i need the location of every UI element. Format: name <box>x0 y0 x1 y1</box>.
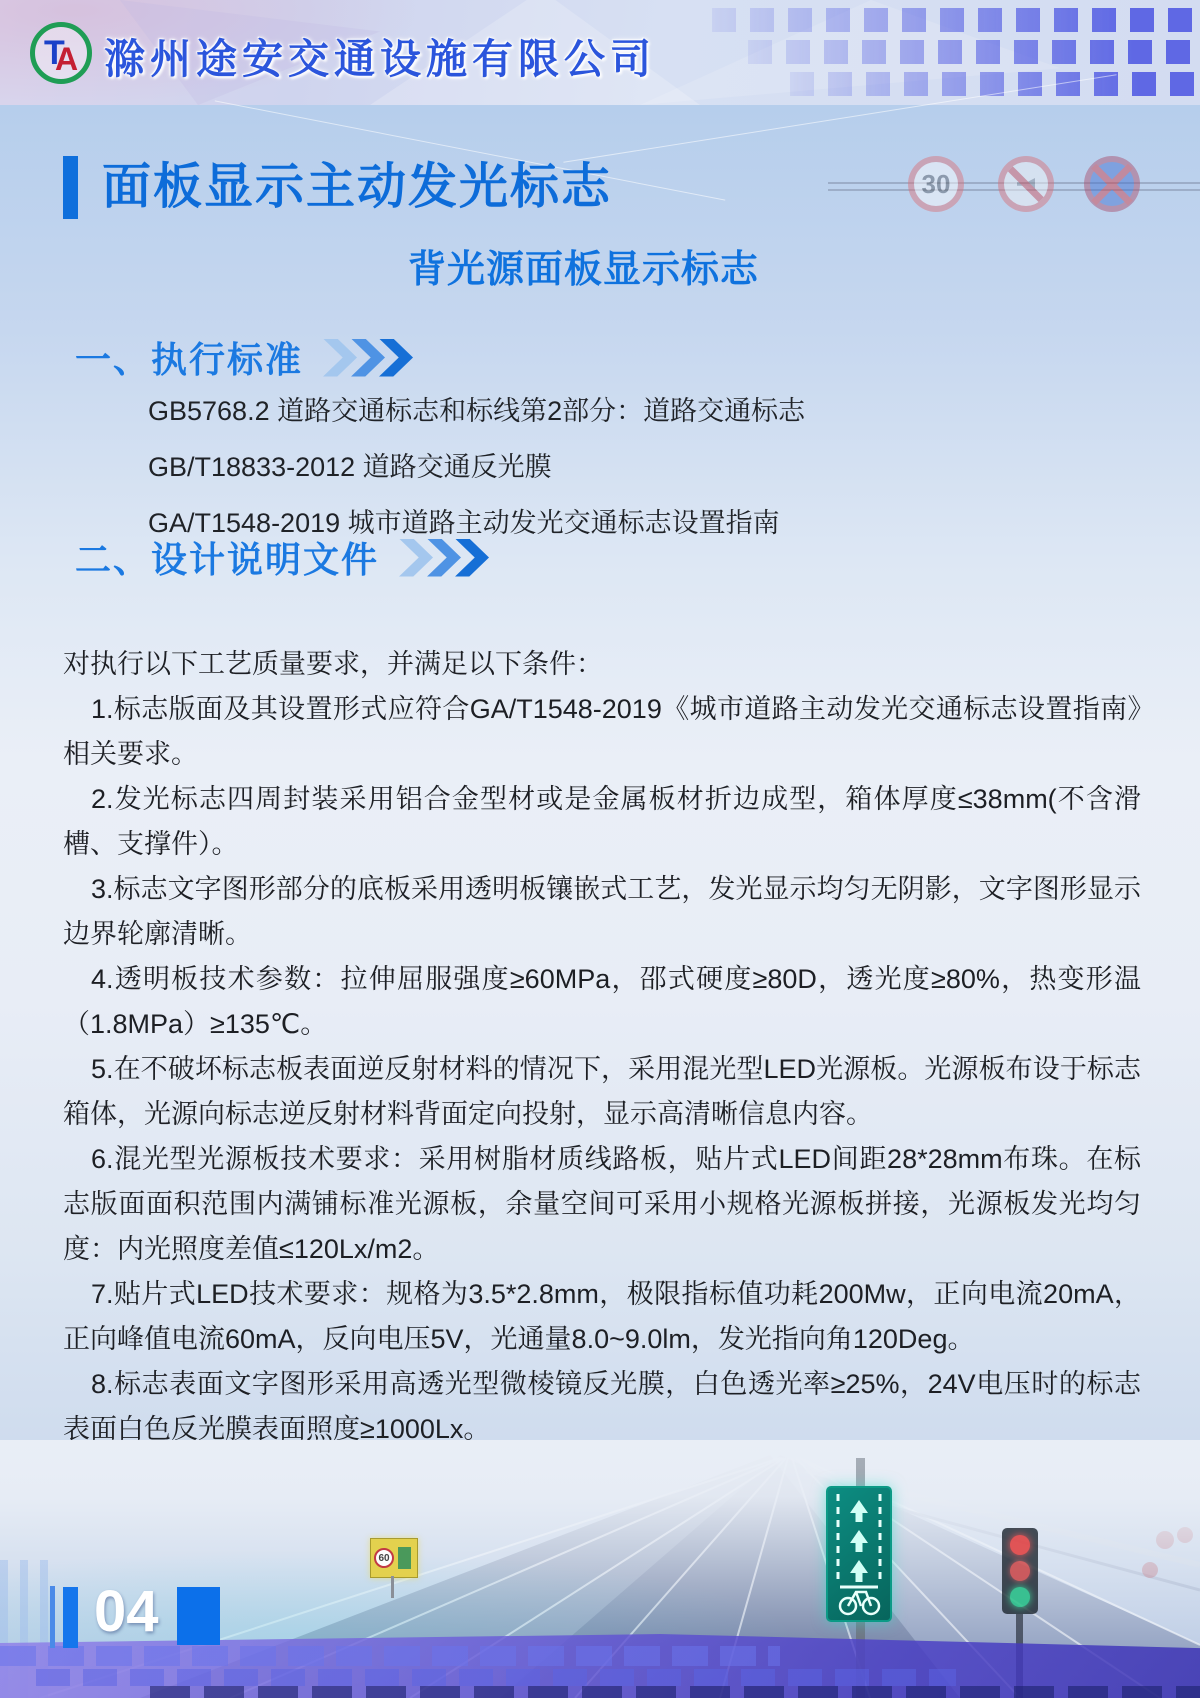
bike-lane-led-sign <box>826 1486 892 1622</box>
red-light <box>1010 1535 1030 1555</box>
traffic-signs-decor: 30 <box>828 150 1200 230</box>
logo-letter-a: A <box>55 41 78 78</box>
chevron-arrows-icon <box>329 339 413 377</box>
company-logo: T A <box>30 22 92 84</box>
bike-lane-sign-graphic <box>828 1488 890 1620</box>
brochure-page: T A 滁州途安交通设施有限公司 面板显示主动发光标志 背光源面板显示标志 30… <box>0 0 1200 1698</box>
no-horn-sign-icon <box>998 156 1054 212</box>
section2-heading-text: 二、设计说明文件 <box>75 532 379 583</box>
chevron-arrows-icon <box>405 539 489 577</box>
body-paragraph: 5.在不破坏标志板表面逆反射材料的情况下，采用混光型LED光源板。光源板布设于标… <box>63 1047 1141 1137</box>
mosaic-squares-row <box>0 1646 780 1666</box>
sign-pole <box>391 1576 394 1598</box>
body-paragraph: 8.标志表面文字图形采用高透光型微棱镜反光膜，白色透光率≥25%，24V电压时的… <box>63 1362 1141 1452</box>
mosaic-squares-row <box>150 1686 1200 1698</box>
pixel-squares-row <box>748 40 1200 64</box>
body-paragraph: 1.标志版面及其设置形式应符合GA/T1548-2019《城市道路主动发光交通标… <box>63 687 1141 777</box>
body-paragraph: 6.混光型光源板技术要求：采用树脂材质线路板，贴片式LED间距28*28mm布珠… <box>63 1137 1141 1272</box>
chevron-icon <box>323 339 357 377</box>
green-light <box>1010 1587 1030 1607</box>
traffic-light <box>1002 1528 1038 1614</box>
section2-heading: 二、设计说明文件 <box>75 532 489 583</box>
company-name: 滁州途安交通设施有限公司 <box>104 26 656 85</box>
page-subtitle: 背光源面板显示标志 <box>408 238 759 293</box>
standards-list: GB5768.2 道路交通标志和标线第2部分：道路交通标志 GB/T18833-… <box>148 383 805 551</box>
body-paragraph: 7.贴片式LED技术要求：规格为3.5*2.8mm，极限指标值功耗200Mw，正… <box>63 1272 1141 1362</box>
sign-green-panel <box>398 1547 411 1569</box>
page-title: 面板显示主动发光标志 <box>102 148 612 218</box>
page-number-square <box>177 1587 220 1645</box>
page-number-bar-thick <box>63 1587 78 1648</box>
title-accent-bar <box>63 156 78 219</box>
section1-heading: 一、执行标准 <box>75 332 413 383</box>
horn-icon <box>1017 178 1035 190</box>
speed-limit-60-roadside-sign: 60 <box>370 1538 418 1578</box>
red-light <box>1010 1561 1030 1581</box>
design-spec-body: 对执行以下工艺质量要求，并满足以下条件： 1.标志版面及其设置形式应符合GA/T… <box>63 642 1141 1452</box>
body-paragraph: 3.标志文字图形部分的底板采用透明板镶嵌式工艺，发光显示均匀无阴影，文字图形显示… <box>63 867 1141 957</box>
body-intro: 对执行以下工艺质量要求，并满足以下条件： <box>63 642 1141 687</box>
chevron-icon <box>399 539 433 577</box>
speed-limit-30-sign-icon: 30 <box>908 156 964 212</box>
body-paragraph: 2.发光标志四周封装采用铝合金型材或是金属板材折边成型，箱体厚度≤38mm(不含… <box>63 777 1141 867</box>
page-number-bar-thin <box>50 1586 55 1648</box>
speed-60-circle: 60 <box>374 1548 394 1568</box>
mosaic-squares-row <box>36 1669 956 1686</box>
pixel-squares-row <box>712 8 1200 32</box>
section1-heading-text: 一、执行标准 <box>75 332 303 383</box>
standard-item: GB5768.2 道路交通标志和标线第2部分：道路交通标志 <box>148 383 805 439</box>
body-paragraph: 4.透明板技术参数：拉伸屈服强度≥60MPa，邵式硬度≥80D，透光度≥80%，… <box>63 957 1141 1047</box>
standard-item: GB/T18833-2012 道路交通反光膜 <box>148 439 805 495</box>
no-stopping-sign-icon <box>1084 156 1140 212</box>
page-number: 04 <box>94 1578 159 1645</box>
